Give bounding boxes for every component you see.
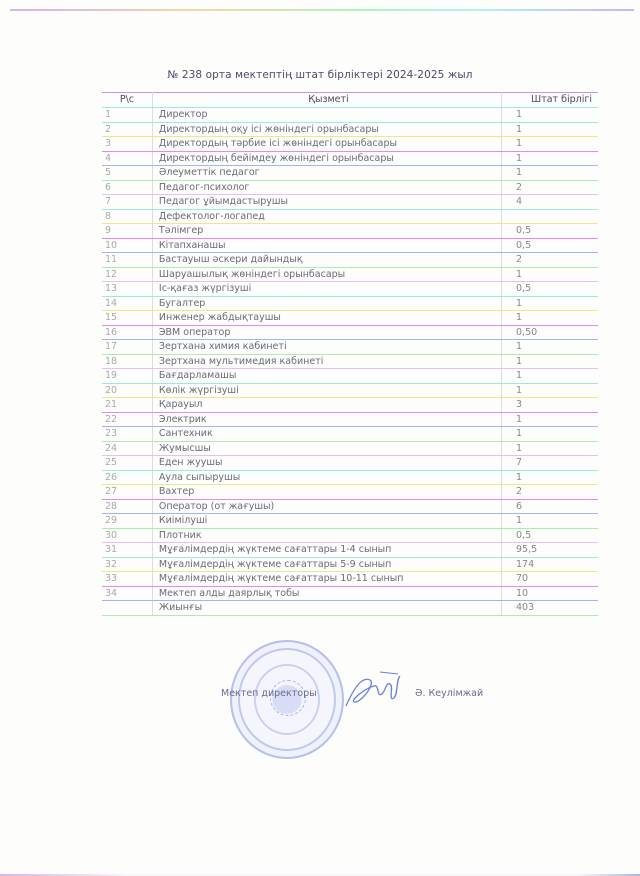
table-row: 17Зертхана химия кабинеті1 bbox=[102, 340, 598, 355]
row-number: 33 bbox=[102, 572, 152, 587]
row-number: 32 bbox=[102, 557, 152, 572]
row-number: 21 bbox=[102, 398, 152, 413]
table-row: 23Сантехник1 bbox=[102, 427, 598, 442]
row-number: 2 bbox=[102, 122, 152, 137]
row-position: Мұғалімдердің жүктеме сағаттары 1-4 сыны… bbox=[152, 543, 501, 558]
row-staff-units: 3 bbox=[502, 398, 598, 413]
row-position: Аула сыпырушы bbox=[152, 470, 501, 485]
row-position: Вахтер bbox=[152, 485, 501, 500]
row-number bbox=[102, 601, 152, 616]
row-position: Тәлімгер bbox=[152, 224, 501, 239]
table-row: 4Директордың бейімдеу жөніндегі орынбаса… bbox=[102, 151, 598, 166]
row-position: Инженер жабдықтаушы bbox=[152, 311, 501, 326]
table-row: Жиынғы403 bbox=[102, 601, 598, 616]
row-staff-units: 1 bbox=[502, 427, 598, 442]
row-number: 26 bbox=[102, 470, 152, 485]
row-position: Электрик bbox=[152, 412, 501, 427]
table-row: 25Еден жуушы7 bbox=[102, 456, 598, 471]
table-row: 2Директордың оқу ісі жөніндегі орынбасар… bbox=[102, 122, 598, 137]
row-staff-units: 0,5 bbox=[502, 238, 598, 253]
row-number: 24 bbox=[102, 441, 152, 456]
row-position: Іс-қағаз жүргізуші bbox=[152, 282, 501, 297]
table-row: 14Бугалтер1 bbox=[102, 296, 598, 311]
row-staff-units: 1 bbox=[502, 166, 598, 181]
table-row: 31Мұғалімдердің жүктеме сағаттары 1-4 сы… bbox=[102, 543, 598, 558]
row-number: 8 bbox=[102, 209, 152, 224]
row-number: 18 bbox=[102, 354, 152, 369]
row-number: 23 bbox=[102, 427, 152, 442]
row-position: Зертхана мультимедия кабинеті bbox=[152, 354, 501, 369]
row-position: Педагог ұйымдастырушы bbox=[152, 195, 501, 210]
row-staff-units: 1 bbox=[502, 514, 598, 529]
row-staff-units: 403 bbox=[502, 601, 598, 616]
director-label: Мектеп директоры bbox=[221, 688, 317, 699]
row-number: 22 bbox=[102, 412, 152, 427]
official-stamp-icon bbox=[230, 640, 344, 759]
row-staff-units: 1 bbox=[502, 369, 598, 384]
row-number: 7 bbox=[102, 195, 152, 210]
row-staff-units: 2 bbox=[502, 253, 598, 268]
row-staff-units: 1 bbox=[502, 441, 598, 456]
staff-units-table: Р\с Қызметі Штат бірлігі 1Директор12Дире… bbox=[102, 92, 598, 616]
row-staff-units: 1 bbox=[502, 108, 598, 123]
row-staff-units: 6 bbox=[502, 499, 598, 514]
row-staff-units: 4 bbox=[502, 195, 598, 210]
row-number: 31 bbox=[102, 543, 152, 558]
row-number: 10 bbox=[102, 238, 152, 253]
row-staff-units: 10 bbox=[502, 586, 598, 601]
row-number: 16 bbox=[102, 325, 152, 340]
row-position: Оператор (от жағушы) bbox=[152, 499, 501, 514]
row-position: Кітапханашы bbox=[152, 238, 501, 253]
header-number: Р\с bbox=[102, 93, 152, 108]
row-position: Көлік жүргізуші bbox=[152, 383, 501, 398]
table-body: 1Директор12Директордың оқу ісі жөніндегі… bbox=[102, 108, 598, 616]
table-row: 5Әлеуметтік педагог1 bbox=[102, 166, 598, 181]
row-position: Директор bbox=[152, 108, 501, 123]
row-number: 5 bbox=[102, 166, 152, 181]
table-row: 7Педагог ұйымдастырушы4 bbox=[102, 195, 598, 210]
table-header-row: Р\с Қызметі Штат бірлігі bbox=[102, 93, 598, 108]
row-number: 17 bbox=[102, 340, 152, 355]
row-staff-units: 0,5 bbox=[502, 528, 598, 543]
row-staff-units: 1 bbox=[502, 470, 598, 485]
row-number: 1 bbox=[102, 108, 152, 123]
row-staff-units: 0,5 bbox=[502, 224, 598, 239]
table-row: 15Инженер жабдықтаушы1 bbox=[102, 311, 598, 326]
table-row: 26Аула сыпырушы1 bbox=[102, 470, 598, 485]
row-number: 27 bbox=[102, 485, 152, 500]
table-row: 18Зертхана мультимедия кабинеті1 bbox=[102, 354, 598, 369]
table-row: 12Шаруашылық жөніндегі орынбасары1 bbox=[102, 267, 598, 282]
row-number: 3 bbox=[102, 137, 152, 152]
table-row: 10Кітапханашы0,5 bbox=[102, 238, 598, 253]
row-number: 30 bbox=[102, 528, 152, 543]
row-number: 11 bbox=[102, 253, 152, 268]
row-position: Бастауыш әскери дайындық bbox=[152, 253, 501, 268]
row-staff-units: 0,5 bbox=[502, 282, 598, 297]
row-staff-units: 1 bbox=[502, 151, 598, 166]
table-row: 22Электрик1 bbox=[102, 412, 598, 427]
row-position: Плотник bbox=[152, 528, 501, 543]
row-position: Директордың тәрбие ісі жөніндегі орынбас… bbox=[152, 137, 501, 152]
document-title: № 238 орта мектептің штат бірліктері 202… bbox=[0, 69, 640, 81]
row-position: Бағдарламашы bbox=[152, 369, 501, 384]
row-staff-units: 1 bbox=[502, 383, 598, 398]
row-staff-units: 1 bbox=[502, 296, 598, 311]
row-number: 4 bbox=[102, 151, 152, 166]
table-row: 8Дефектолог-логапед bbox=[102, 209, 598, 224]
table-row: 1Директор1 bbox=[102, 108, 598, 123]
row-staff-units: 174 bbox=[502, 557, 598, 572]
row-position: Сантехник bbox=[152, 427, 501, 442]
row-number: 14 bbox=[102, 296, 152, 311]
table-row: 3Директордың тәрбие ісі жөніндегі орынба… bbox=[102, 137, 598, 152]
row-position: Еден жуушы bbox=[152, 456, 501, 471]
table-row: 27Вахтер2 bbox=[102, 485, 598, 500]
row-number: 28 bbox=[102, 499, 152, 514]
table-row: 28Оператор (от жағушы)6 bbox=[102, 499, 598, 514]
row-staff-units: 1 bbox=[502, 354, 598, 369]
row-position: Мектеп алды даярлық тобы bbox=[152, 586, 501, 601]
table-row: 19Бағдарламашы1 bbox=[102, 369, 598, 384]
row-position: Мұғалімдердің жүктеме сағаттары 10-11 сы… bbox=[152, 572, 501, 587]
row-staff-units bbox=[502, 209, 598, 224]
table-row: 13Іс-қағаз жүргізуші0,5 bbox=[102, 282, 598, 297]
table-row: 16ЭВМ оператор0,50 bbox=[102, 325, 598, 340]
table-row: 21Қарауыл3 bbox=[102, 398, 598, 413]
row-number: 6 bbox=[102, 180, 152, 195]
table-row: 34Мектеп алды даярлық тобы10 bbox=[102, 586, 598, 601]
row-position: Жумысшы bbox=[152, 441, 501, 456]
row-number: 19 bbox=[102, 369, 152, 384]
row-position: Қарауыл bbox=[152, 398, 501, 413]
row-number: 15 bbox=[102, 311, 152, 326]
header-staff-units: Штат бірлігі bbox=[502, 93, 598, 108]
row-position: Мұғалімдердің жүктеме сағаттары 5-9 сыны… bbox=[152, 557, 501, 572]
row-number: 25 bbox=[102, 456, 152, 471]
row-staff-units: 0,50 bbox=[502, 325, 598, 340]
table-row: 11Бастауыш әскери дайындық2 bbox=[102, 253, 598, 268]
row-position: Зертхана химия кабинеті bbox=[152, 340, 501, 355]
row-number: 34 bbox=[102, 586, 152, 601]
row-staff-units: 1 bbox=[502, 122, 598, 137]
row-number: 12 bbox=[102, 267, 152, 282]
row-position: Бугалтер bbox=[152, 296, 501, 311]
row-staff-units: 2 bbox=[502, 485, 598, 500]
row-position: Дефектолог-логапед bbox=[152, 209, 501, 224]
row-staff-units: 1 bbox=[502, 137, 598, 152]
row-position: Директордың бейімдеу жөніндегі орынбасар… bbox=[152, 151, 501, 166]
row-staff-units: 70 bbox=[502, 572, 598, 587]
row-staff-units: 1 bbox=[502, 311, 598, 326]
director-name: Ә. Кеулімжай bbox=[415, 688, 483, 699]
row-position: ЭВМ оператор bbox=[152, 325, 501, 340]
row-staff-units: 1 bbox=[502, 267, 598, 282]
table-row: 6Педагог-психолог2 bbox=[102, 180, 598, 195]
table-row: 9Тәлімгер0,5 bbox=[102, 224, 598, 239]
scan-artifact-line bbox=[10, 9, 634, 11]
table-row: 32Мұғалімдердің жүктеме сағаттары 5-9 сы… bbox=[102, 557, 598, 572]
row-position: Директордың оқу ісі жөніндегі орынбасары bbox=[152, 122, 501, 137]
row-number: 13 bbox=[102, 282, 152, 297]
row-number: 29 bbox=[102, 514, 152, 529]
signature-icon bbox=[340, 668, 405, 713]
row-number: 20 bbox=[102, 383, 152, 398]
table-row: 33Мұғалімдердің жүктеме сағаттары 10-11 … bbox=[102, 572, 598, 587]
signature-block: Мектеп директоры Ә. Кеулімжай bbox=[200, 630, 520, 770]
row-position: Киімілуші bbox=[152, 514, 501, 529]
row-number: 9 bbox=[102, 224, 152, 239]
table-row: 24Жумысшы1 bbox=[102, 441, 598, 456]
row-staff-units: 1 bbox=[502, 340, 598, 355]
row-staff-units: 95,5 bbox=[502, 543, 598, 558]
row-position: Жиынғы bbox=[152, 601, 501, 616]
table-row: 30Плотник0,5 bbox=[102, 528, 598, 543]
row-position: Педагог-психолог bbox=[152, 180, 501, 195]
header-position: Қызметі bbox=[152, 93, 501, 108]
table-row: 20Көлік жүргізуші1 bbox=[102, 383, 598, 398]
row-position: Әлеуметтік педагог bbox=[152, 166, 501, 181]
row-staff-units: 1 bbox=[502, 412, 598, 427]
table-row: 29Киімілуші1 bbox=[102, 514, 598, 529]
row-staff-units: 2 bbox=[502, 180, 598, 195]
row-staff-units: 7 bbox=[502, 456, 598, 471]
row-position: Шаруашылық жөніндегі орынбасары bbox=[152, 267, 501, 282]
